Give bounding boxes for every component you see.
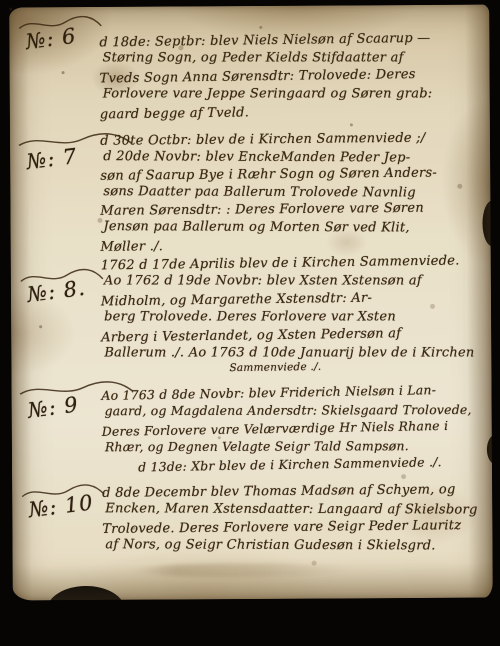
entry-text: d 30te Octbr: blev de i Kirchen Sammenvi… [100,131,484,255]
entry-text: d 8de Decembr blev Thomas Madsøn af Schy… [102,482,486,555]
register-entry: №: 7 d 30te Octbr: blev de i Kirchen Sam… [10,131,484,255]
register-entry: №: 10 d 8de Decembr blev Thomas Madsøn a… [12,482,486,555]
scan-background: №: 6 d 18de: Septbr: blev Niels Nielsøn … [0,0,500,646]
entry-text: 1762 d 17de Aprilis blev de i Kirchen Sa… [101,254,486,374]
manuscript-line: Jensøn paa Ballerum og Morten Sør ved Kl… [103,218,484,237]
register-entries: №: 6 d 18de: Septbr: blev Niels Nielsøn … [9,5,493,601]
entry-number-block: №: 9 [27,393,105,418]
manuscript-line: gaard begge af Tveld. [100,101,484,124]
entry-text: Ao 1763 d 8de Novbr: blev Friderich Niel… [101,382,486,476]
manuscript-line: Sammenviede ./. [229,359,485,375]
register-entry: №: 8. 1762 d 17de Aprilis blev de i Kirc… [11,254,486,375]
manuscript-line: af Nors, og Seigr Christian Gudesøn i Sk… [105,536,486,555]
entry-number-block: №: 8. [27,278,105,302]
entry-text: d 18de: Septbr: blev Niels Nielsøn af Sc… [99,31,484,123]
entry-number-block: №: 7 [26,145,104,169]
manuscript-page: №: 6 d 18de: Septbr: blev Niels Nielsøn … [9,5,493,601]
entry-number-block: №: 10 [28,493,106,517]
register-entry: №: 6 d 18de: Septbr: blev Niels Nielsøn … [9,31,484,124]
register-entry: №: 9 Ao 1763 d 8de Novbr: blev Friderich… [11,382,486,477]
entry-number-block: №: 6 [25,25,103,49]
manuscript-line: d 13de: Xbr blev de i Kirchen Sammenvied… [138,452,486,476]
manuscript-line: d 30te Octbr: blev de i Kirchen Sammenvi… [100,129,484,150]
